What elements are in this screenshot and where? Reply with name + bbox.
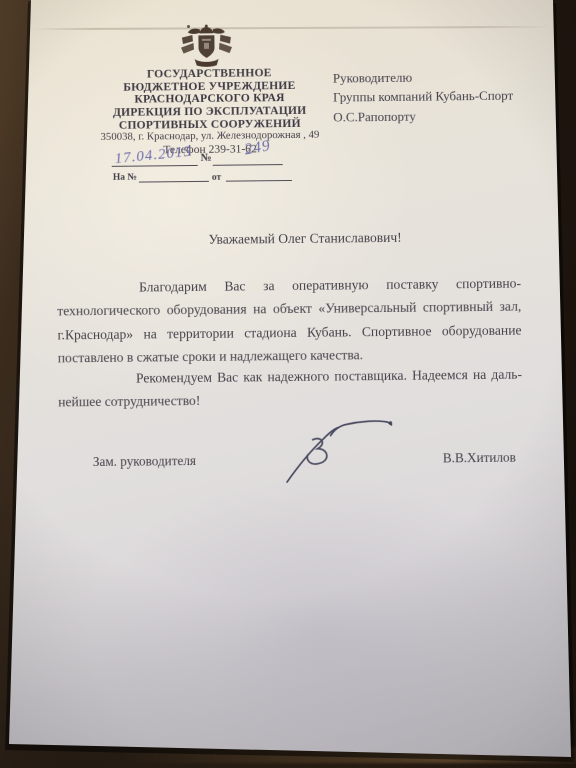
letter-content: ГОСУДАРСТВЕННОЕ БЮДЖЕТНОЕ УЧРЕЖДЕНИЕ КРА… <box>0 0 576 768</box>
number-underline <box>213 164 283 166</box>
handwritten-number: 249 <box>243 137 272 159</box>
letterhead-org-name: ГОСУДАРСТВЕННОЕ БЮДЖЕТНОЕ УЧРЕЖДЕНИЕ КРА… <box>67 66 353 132</box>
ref-na-underline <box>139 181 209 183</box>
desk-photo: { "photo": { "scene": "official letter l… <box>0 0 576 768</box>
addressee-line: Руководителю <box>333 67 513 88</box>
addressee-block: Руководителю Группы компаний Кубань-Спор… <box>333 67 514 127</box>
salutation: Уважаемый Олег Станиславович! <box>208 230 401 248</box>
coat-of-arms-icon <box>179 24 233 71</box>
body-paragraph-2: Рекомендуем Вас как надежного поставщика… <box>58 363 522 415</box>
body-paragraph-1: Благодарим Вас за оперативную поставку с… <box>57 272 522 370</box>
addressee-line: Группы компаний Кубань-Спорт <box>333 86 513 107</box>
signer-position-title: Зам. руководителя <box>93 453 196 470</box>
number-sign-label: № <box>201 152 212 164</box>
signature-scribble-icon <box>278 412 395 485</box>
letter-paper: ГОСУДАРСТВЕННОЕ БЮДЖЕТНОЕ УЧРЕЖДЕНИЕ КРА… <box>0 0 576 768</box>
addressee-line: О.С.Рапопорту <box>333 105 513 126</box>
ref-ot-label: от <box>212 173 221 183</box>
body-line: нейшее сотрудничество! <box>58 386 522 414</box>
signer-name: В.В.Хитилов <box>443 450 516 467</box>
ref-na-label: На № <box>113 173 137 183</box>
ref-ot-underline <box>226 180 292 182</box>
